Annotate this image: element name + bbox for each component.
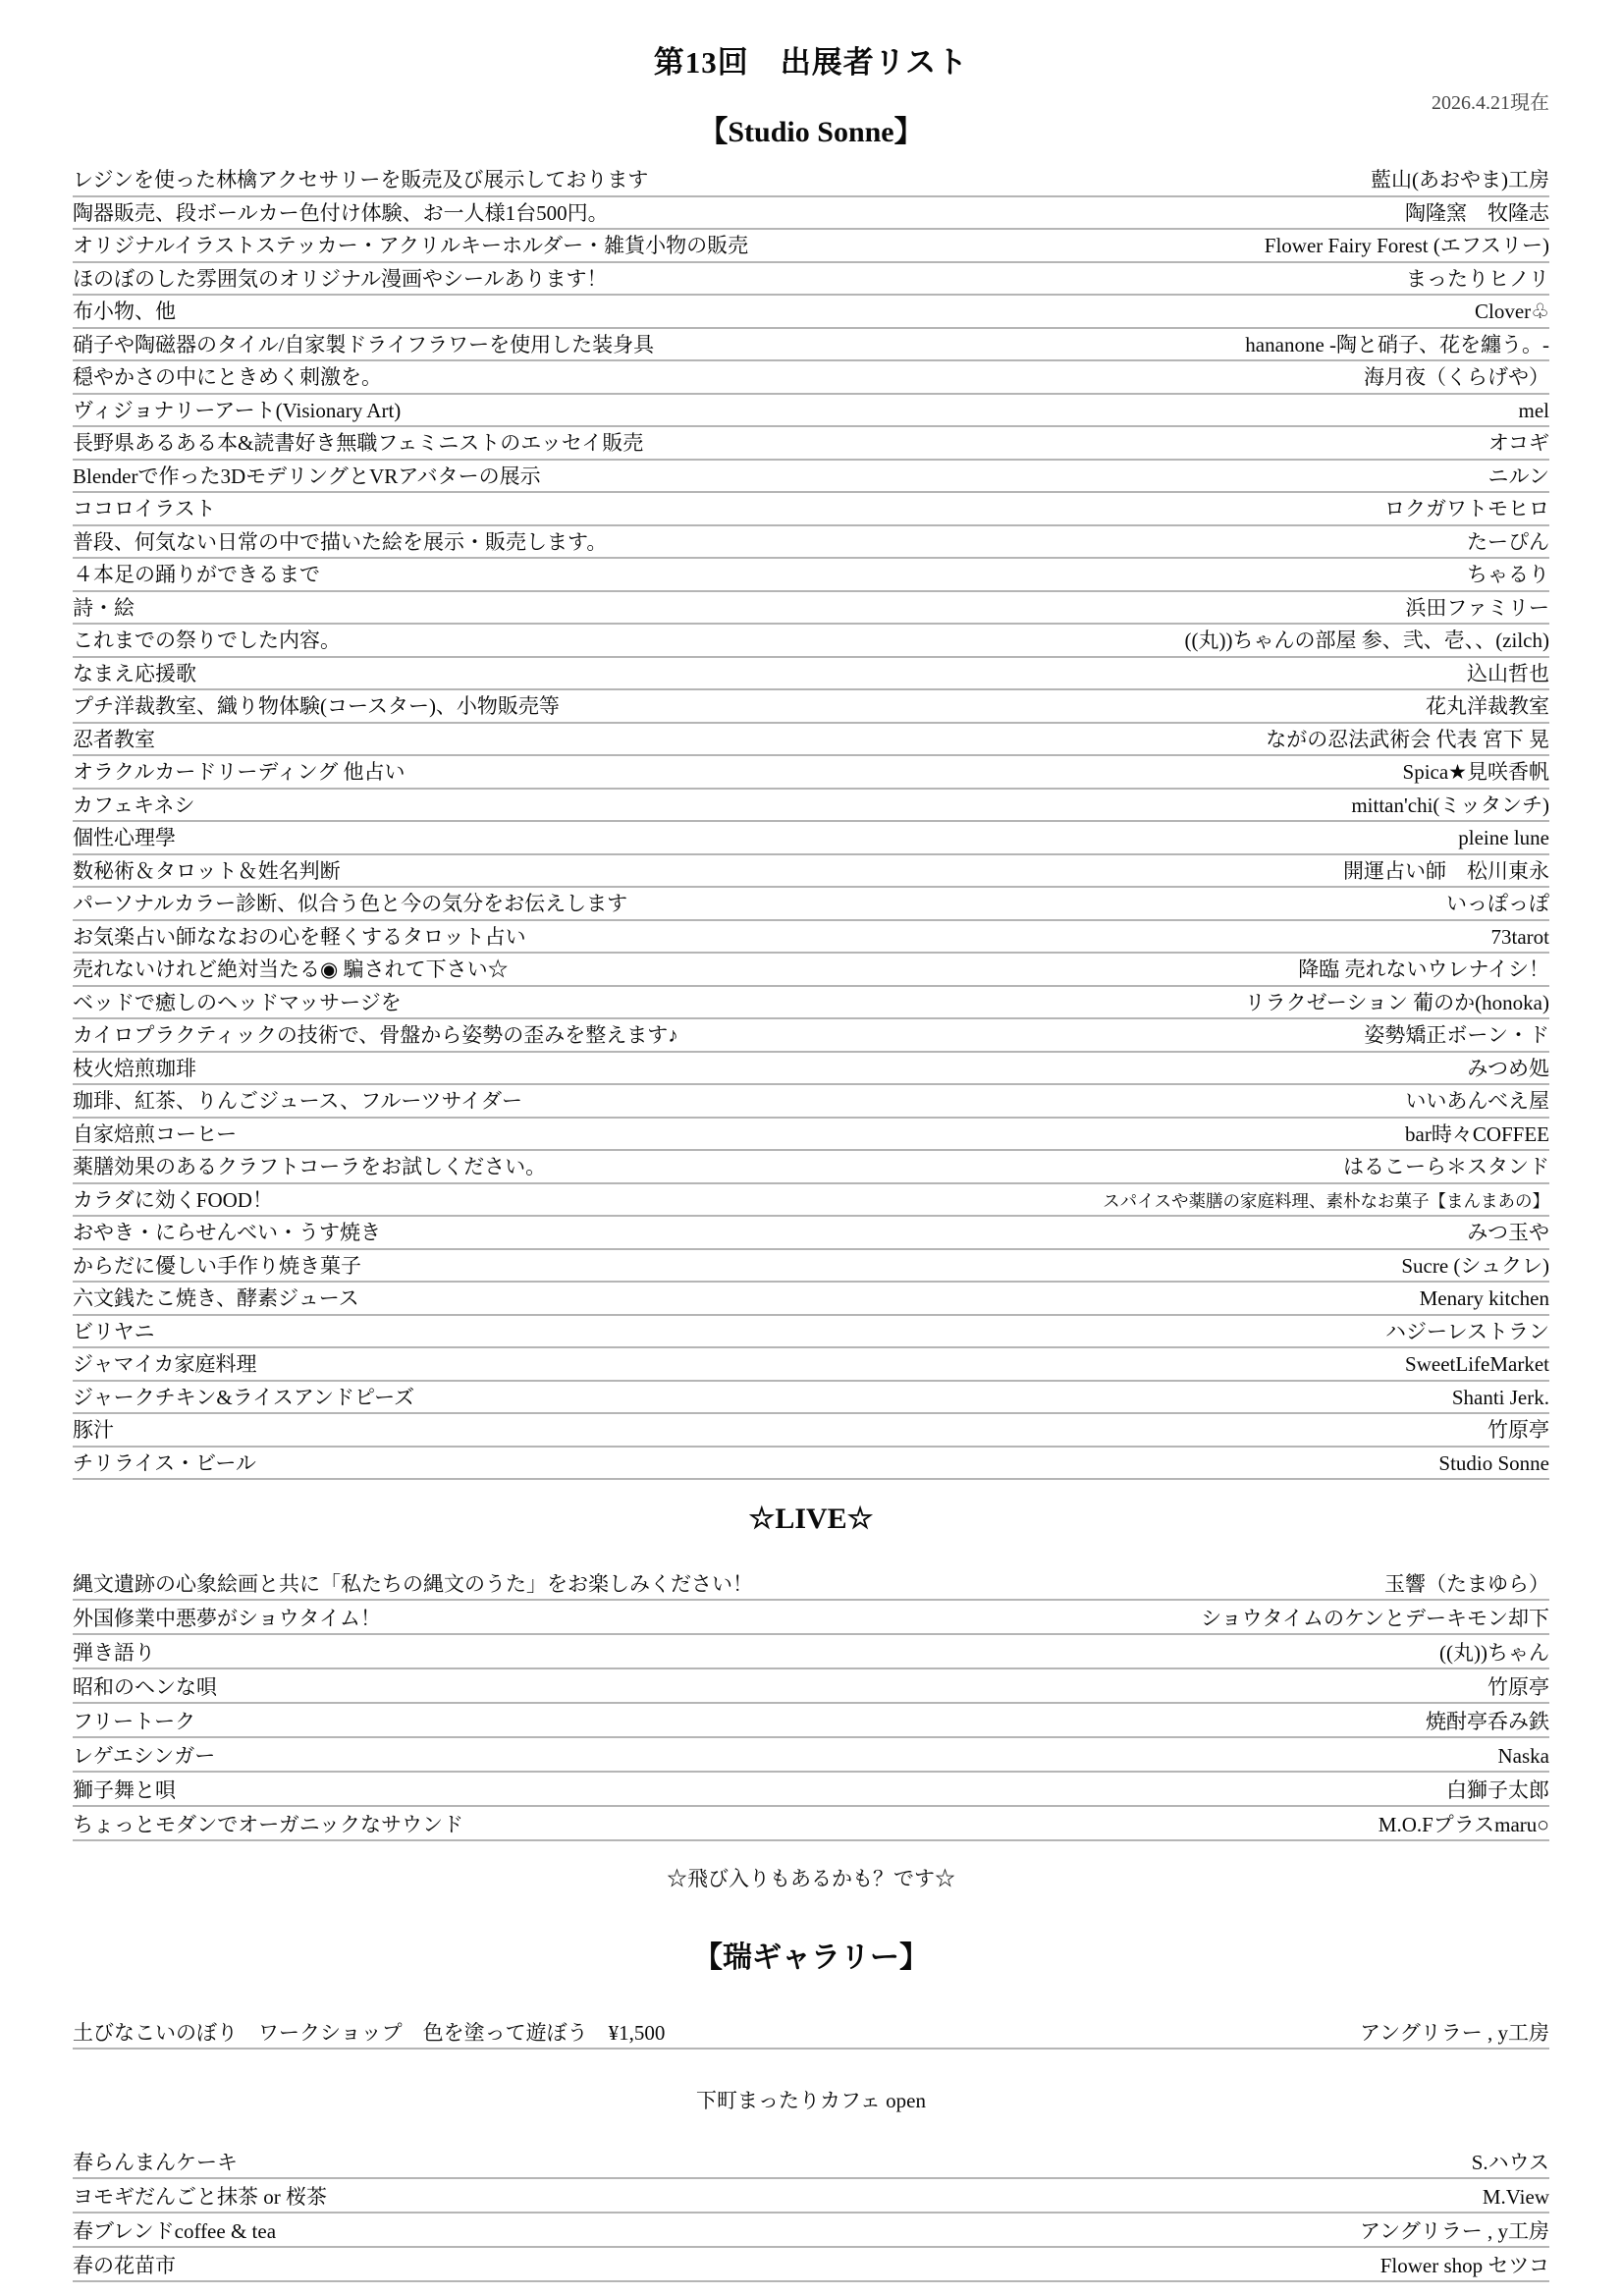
list-item: 枝火焙煎珈琲みつめ処 bbox=[73, 1053, 1549, 1086]
list-item: レゲエシンガーNaska bbox=[73, 1738, 1549, 1773]
exhibit-description: 豚汁 bbox=[73, 1417, 114, 1443]
exhibitor-name: いっぽっぽ bbox=[1446, 891, 1549, 916]
list-item: Blenderで作った3DモデリングとVRアバターの展示ニルン bbox=[73, 461, 1549, 494]
exhibitor-name: M.View bbox=[1483, 2184, 1549, 2210]
exhibitor-name: SweetLifeMarket bbox=[1405, 1351, 1549, 1377]
list-item: パーソナルカラー診断、似合う色と今の気分をお伝えしますいっぽっぽ bbox=[73, 888, 1549, 921]
exhibit-description: ビリヤニ bbox=[73, 1319, 155, 1344]
exhibit-description: 縄文遺跡の心象絵画と共に「私たちの縄文のうた」をお楽しみください！ bbox=[73, 1571, 753, 1597]
list-item: プチ洋裁教室、織り物体験(コースター)、小物販売等花丸洋裁教室 bbox=[73, 690, 1549, 724]
exhibitor-list-page: 第13回 出展者リスト 2026.4.21現在 【Studio Sonne】 レ… bbox=[0, 0, 1622, 2282]
exhibitor-name: mittan'chi(ミッタンチ) bbox=[1351, 793, 1549, 818]
list-item: 忍者教室ながの忍法武術会 代表 宮下 晃 bbox=[73, 724, 1549, 757]
list-item: 普段、何気ない日常の中で描いた絵を展示・販売します。たーぴん bbox=[73, 526, 1549, 560]
list-item: 春の花苗市Flower shop セツコ bbox=[73, 2248, 1549, 2282]
section-heading-mizu-gallery: 【瑞ギャラリー】 bbox=[73, 1941, 1549, 1976]
list-item: オラクルカードリーディング 他占いSpica★見咲香帆 bbox=[73, 756, 1549, 790]
list-item: レジンを使った林檎アクセサリーを販売及び展示しております藍山(あおやま)工房 bbox=[73, 164, 1549, 197]
exhibitor-name: ショウタイムのケンとデーキモン却下 bbox=[1201, 1606, 1549, 1631]
exhibit-description: 春らんまんケーキ bbox=[73, 2150, 238, 2175]
exhibit-description: 獅子舞と唄 bbox=[73, 1777, 176, 1803]
exhibitor-name: Sucre (シュクレ) bbox=[1401, 1253, 1549, 1279]
exhibitor-name: はるこーら＊スタンド bbox=[1343, 1154, 1549, 1179]
exhibitor-name: ((丸))ちゃんの部屋 参、弐、壱、、(zilch) bbox=[1184, 628, 1549, 653]
list-item: 外国修業中悪夢がショウタイム！ショウタイムのケンとデーキモン却下 bbox=[73, 1601, 1549, 1635]
list-item: 硝子や陶磁器のタイル/自家製ドライフラワーを使用した装身具hananone -陶… bbox=[73, 329, 1549, 362]
gallery-workshop-list: 土びなこいのぼり ワークショップ 色を塗って遊ぼう ¥1,500アングリラー ,… bbox=[73, 2015, 1549, 2050]
exhibit-description: ジャマイカ家庭料理 bbox=[73, 1351, 257, 1377]
list-item: ジャマイカ家庭料理SweetLifeMarket bbox=[73, 1348, 1549, 1382]
exhibitor-name: S.ハウス bbox=[1472, 2150, 1549, 2175]
exhibitor-name: ちゃるり bbox=[1467, 562, 1549, 587]
date-note: 2026.4.21現在 bbox=[73, 93, 1549, 113]
list-item: 売れないけれど絶対当たる◉ 騙されて下さい☆降臨 売れないウレナイシ！ bbox=[73, 954, 1549, 987]
exhibit-description: レゲエシンガー bbox=[73, 1743, 215, 1769]
exhibitor-name: みつ玉や bbox=[1467, 1220, 1549, 1245]
exhibit-description: パーソナルカラー診断、似合う色と今の気分をお伝えします bbox=[73, 891, 627, 916]
exhibit-description: オラクルカードリーディング 他占い bbox=[73, 759, 405, 785]
exhibit-description: ココロイラスト bbox=[73, 496, 216, 521]
exhibit-description: レジンを使った林檎アクセサリーを販売及び展示しております bbox=[73, 167, 648, 192]
exhibit-description: ヨモギだんごと抹茶 or 桜茶 bbox=[73, 2184, 327, 2210]
exhibit-description: ベッドで癒しのヘッドマッサージを bbox=[73, 990, 402, 1015]
list-item: ヴィジョナリーアート(Visionary Art)mel bbox=[73, 395, 1549, 428]
exhibit-description: 弾き語り bbox=[73, 1640, 155, 1666]
exhibit-description: プチ洋裁教室、織り物体験(コースター)、小物販売等 bbox=[73, 693, 560, 719]
exhibitor-name: ながの忍法武術会 代表 宮下 晃 bbox=[1266, 727, 1549, 752]
list-item: 陶器販売、段ボールカー色付け体験、お一人様1台500円。陶隆窯 牧隆志 bbox=[73, 197, 1549, 231]
exhibit-description: ４本足の踊りができるまで bbox=[73, 562, 320, 587]
list-item: カラダに効くFOOD！スパイスや薬膳の家庭料理、素朴なお菓子【まんまあの】 bbox=[73, 1184, 1549, 1218]
list-item: 自家焙煎コーヒーbar時々COFFEE bbox=[73, 1119, 1549, 1152]
list-item: ヨモギだんごと抹茶 or 桜茶M.View bbox=[73, 2179, 1549, 2214]
list-item: 布小物、他Clover♧ bbox=[73, 296, 1549, 329]
list-item: 弾き語り((丸))ちゃん bbox=[73, 1635, 1549, 1669]
exhibit-description: 長野県あるある本&読書好き無職フェミニストのエッセイ販売 bbox=[73, 430, 643, 456]
exhibit-description: 普段、何気ない日常の中で描いた絵を展示・販売します。 bbox=[73, 529, 607, 555]
exhibitor-name: Naska bbox=[1498, 1743, 1549, 1769]
exhibitor-name: 陶隆窯 牧隆志 bbox=[1405, 200, 1549, 226]
list-item: 春ブレンドcoffee & teaアングリラー , y工房 bbox=[73, 2214, 1549, 2248]
exhibitor-name: Spica★見咲香帆 bbox=[1403, 759, 1549, 785]
exhibitor-name: Clover♧ bbox=[1475, 299, 1549, 324]
exhibitor-name: 花丸洋裁教室 bbox=[1426, 693, 1549, 719]
list-item: 六文銭たこ焼き、酵素ジュースMenary kitchen bbox=[73, 1283, 1549, 1316]
exhibit-description: 忍者教室 bbox=[73, 727, 155, 752]
list-item: 詩・絵浜田ファミリー bbox=[73, 592, 1549, 626]
section-heading-live: ☆LIVE☆ bbox=[73, 1502, 1549, 1537]
exhibit-description: Blenderで作った3DモデリングとVRアバターの展示 bbox=[73, 464, 541, 489]
exhibitor-name: 姿勢矯正ボーン・ド bbox=[1364, 1022, 1549, 1048]
exhibit-description: 春の花苗市 bbox=[73, 2253, 176, 2278]
exhibit-description: 陶器販売、段ボールカー色付け体験、お一人様1台500円。 bbox=[73, 200, 609, 226]
section-heading-studio-sonne: 【Studio Sonne】 bbox=[73, 115, 1549, 150]
exhibit-description: ちょっとモダンでオーガニックなサウンド bbox=[73, 1812, 463, 1837]
exhibit-description: 六文銭たこ焼き、酵素ジュース bbox=[73, 1285, 359, 1311]
list-item: ４本足の踊りができるまでちゃるり bbox=[73, 559, 1549, 592]
exhibitor-name: スパイスや薬膳の家庭料理、素朴なお菓子【まんまあの】 bbox=[1103, 1191, 1549, 1213]
list-item: ちょっとモダンでオーガニックなサウンドM.O.Fプラスmaru○ bbox=[73, 1807, 1549, 1841]
list-item: ココロイラストロクガワトモヒロ bbox=[73, 493, 1549, 526]
exhibit-description: からだに優しい手作り焼き菓子 bbox=[73, 1253, 361, 1279]
list-item: なまえ応援歌込山哲也 bbox=[73, 658, 1549, 691]
exhibit-description: 詩・絵 bbox=[73, 595, 135, 621]
exhibit-description: カラダに効くFOOD！ bbox=[73, 1187, 273, 1213]
exhibitor-name: 竹原亭 bbox=[1487, 1674, 1549, 1700]
exhibit-description: ジャークチキン&ライスアンドピーズ bbox=[73, 1385, 414, 1410]
list-item: ほのぼのした雰囲気のオリジナル漫画やシールあります！まったりヒノリ bbox=[73, 263, 1549, 297]
list-item: 穏やかさの中にときめく刺激を。海月夜（くらげや） bbox=[73, 361, 1549, 395]
exhibitor-name: 込山哲也 bbox=[1467, 661, 1549, 686]
exhibitor-name: bar時々COFFEE bbox=[1405, 1121, 1549, 1147]
gallery-cafe-list: 春らんまんケーキS.ハウスヨモギだんごと抹茶 or 桜茶M.View春ブレンドc… bbox=[73, 2145, 1549, 2282]
exhibitor-name: アングリラー , y工房 bbox=[1360, 2020, 1549, 2046]
exhibitor-name: リラクゼーション 葡のか(honoka) bbox=[1245, 990, 1549, 1015]
exhibitor-name: Flower shop セツコ bbox=[1380, 2253, 1549, 2278]
exhibit-description: 硝子や陶磁器のタイル/自家製ドライフラワーを使用した装身具 bbox=[73, 332, 654, 357]
exhibit-description: オリジナルイラストステッカー・アクリルキーホルダー・雑貨小物の販売 bbox=[73, 233, 748, 258]
exhibit-description: 売れないけれど絶対当たる◉ 騙されて下さい☆ bbox=[73, 957, 509, 982]
exhibit-description: 自家焙煎コーヒー bbox=[73, 1121, 237, 1147]
page-title: 第13回 出展者リスト bbox=[73, 37, 1549, 82]
list-item: これまでの祭りでした内容。((丸))ちゃんの部屋 参、弐、壱、、(zilch) bbox=[73, 625, 1549, 658]
list-item: 珈琲、紅茶、りんごジュース、フルーツサイダーいいあんべえ屋 bbox=[73, 1085, 1549, 1119]
exhibitor-name: ハジーレストラン bbox=[1385, 1319, 1549, 1344]
list-item: チリライス・ビールStudio Sonne bbox=[73, 1448, 1549, 1481]
exhibitor-name: アングリラー , y工房 bbox=[1360, 2218, 1549, 2244]
exhibitor-name: いいあんべえ屋 bbox=[1405, 1088, 1549, 1114]
exhibitor-name: Menary kitchen bbox=[1420, 1285, 1549, 1311]
list-item: カフェキネシmittan'chi(ミッタンチ) bbox=[73, 790, 1549, 823]
exhibit-description: 個性心理學 bbox=[73, 825, 176, 850]
exhibitor-name: 白獅子太郎 bbox=[1446, 1777, 1549, 1803]
exhibit-description: カフェキネシ bbox=[73, 793, 195, 818]
exhibitor-name: 焼酎亭呑み鉄 bbox=[1426, 1709, 1549, 1734]
exhibitor-name: hananone -陶と硝子、花を纏う。- bbox=[1245, 332, 1549, 357]
list-item: 獅子舞と唄白獅子太郎 bbox=[73, 1773, 1549, 1807]
exhibit-description: これまでの祭りでした内容。 bbox=[73, 628, 341, 653]
exhibit-description: フリートーク bbox=[73, 1709, 195, 1734]
exhibit-description: 枝火焙煎珈琲 bbox=[73, 1056, 196, 1081]
exhibit-description: カイロプラクティックの技術で、骨盤から姿勢の歪みを整えます♪ bbox=[73, 1022, 678, 1048]
exhibit-description: 外国修業中悪夢がショウタイム！ bbox=[73, 1606, 381, 1631]
list-item: 個性心理學pleine lune bbox=[73, 822, 1549, 855]
exhibitor-name: 竹原亭 bbox=[1487, 1417, 1549, 1443]
exhibit-description: 薬膳効果のあるクラフトコーラをお試しください。 bbox=[73, 1154, 546, 1179]
exhibitor-name: まったりヒノリ bbox=[1406, 266, 1549, 292]
exhibit-description: なまえ応援歌 bbox=[73, 661, 196, 686]
studio-sonne-exhibitor-list: レジンを使った林檎アクセサリーを販売及び展示しております藍山(あおやま)工房陶器… bbox=[73, 164, 1549, 1480]
list-item: お気楽占い師ななおの心を軽くするタロット占い73tarot bbox=[73, 921, 1549, 955]
exhibitor-name: オコギ bbox=[1488, 430, 1549, 456]
exhibitor-name: たーぴん bbox=[1467, 529, 1549, 555]
exhibit-description: チリライス・ビール bbox=[73, 1450, 256, 1476]
list-item: ジャークチキン&ライスアンドピーズShanti Jerk. bbox=[73, 1382, 1549, 1415]
exhibitor-name: 海月夜（くらげや） bbox=[1364, 364, 1549, 390]
exhibitor-name: 降臨 売れないウレナイシ！ bbox=[1298, 957, 1549, 982]
list-item: 春らんまんケーキS.ハウス bbox=[73, 2145, 1549, 2179]
exhibit-description: お気楽占い師ななおの心を軽くするタロット占い bbox=[73, 924, 526, 950]
live-performer-list: 縄文遺跡の心象絵画と共に「私たちの縄文のうた」をお楽しみください！玉響（たまゆら… bbox=[73, 1566, 1549, 1841]
exhibitor-name: 浜田ファミリー bbox=[1405, 595, 1549, 621]
list-item: 数秘術＆タロット＆姓名判断開運占い師 松川東永 bbox=[73, 855, 1549, 889]
list-item: 豚汁竹原亭 bbox=[73, 1414, 1549, 1448]
exhibitor-name: ニルン bbox=[1488, 464, 1549, 489]
exhibitor-name: Flower Fairy Forest (エフスリー) bbox=[1265, 233, 1549, 258]
exhibitor-name: pleine lune bbox=[1458, 825, 1549, 850]
exhibitor-name: mel bbox=[1519, 398, 1550, 423]
exhibitor-name: Shanti Jerk. bbox=[1452, 1385, 1549, 1410]
exhibit-description: 布小物、他 bbox=[73, 299, 176, 324]
list-item: 薬膳効果のあるクラフトコーラをお試しください。はるこーら＊スタンド bbox=[73, 1151, 1549, 1184]
list-item: からだに優しい手作り焼き菓子Sucre (シュクレ) bbox=[73, 1250, 1549, 1284]
exhibit-description: 珈琲、紅茶、りんごジュース、フルーツサイダー bbox=[73, 1088, 522, 1114]
exhibit-description: ヴィジョナリーアート(Visionary Art) bbox=[73, 398, 401, 423]
exhibitor-name: 玉響（たまゆら） bbox=[1384, 1571, 1549, 1597]
exhibitor-name: ロクガワトモヒロ bbox=[1384, 496, 1549, 521]
list-item: 昭和のヘンな唄竹原亭 bbox=[73, 1669, 1549, 1704]
exhibit-description: 土びなこいのぼり ワークショップ 色を塗って遊ぼう ¥1,500 bbox=[73, 2020, 665, 2046]
exhibit-description: 数秘術＆タロット＆姓名判断 bbox=[73, 858, 341, 884]
cafe-open-note: 下町まったりカフェ open bbox=[73, 2089, 1549, 2113]
list-item: カイロプラクティックの技術で、骨盤から姿勢の歪みを整えます♪姿勢矯正ボーン・ド bbox=[73, 1019, 1549, 1053]
exhibitor-name: 開運占い師 松川東永 bbox=[1343, 858, 1549, 884]
exhibitor-name: 73tarot bbox=[1491, 924, 1549, 950]
list-item: 縄文遺跡の心象絵画と共に「私たちの縄文のうた」をお楽しみください！玉響（たまゆら… bbox=[73, 1566, 1549, 1601]
exhibit-description: おやき・にらせんべい・うす焼き bbox=[73, 1220, 381, 1245]
exhibit-description: ほのぼのした雰囲気のオリジナル漫画やシールあります！ bbox=[73, 266, 608, 292]
list-item: 土びなこいのぼり ワークショップ 色を塗って遊ぼう ¥1,500アングリラー ,… bbox=[73, 2015, 1549, 2050]
list-item: ベッドで癒しのヘッドマッサージをリラクゼーション 葡のか(honoka) bbox=[73, 987, 1549, 1020]
list-item: 長野県あるある本&読書好き無職フェミニストのエッセイ販売オコギ bbox=[73, 427, 1549, 461]
exhibitor-name: M.O.Fプラスmaru○ bbox=[1379, 1812, 1549, 1837]
list-item: フリートーク焼酎亭呑み鉄 bbox=[73, 1704, 1549, 1738]
live-dropin-note: ☆飛び入りもあるかも？です☆ bbox=[73, 1867, 1549, 1891]
exhibit-description: 穏やかさの中にときめく刺激を。 bbox=[73, 364, 382, 390]
exhibitor-name: 藍山(あおやま)工房 bbox=[1371, 167, 1549, 192]
exhibitor-name: みつめ処 bbox=[1467, 1056, 1549, 1081]
list-item: おやき・にらせんべい・うす焼きみつ玉や bbox=[73, 1217, 1549, 1250]
exhibitor-name: Studio Sonne bbox=[1438, 1450, 1549, 1476]
exhibit-description: 春ブレンドcoffee & tea bbox=[73, 2218, 276, 2244]
exhibitor-name: ((丸))ちゃん bbox=[1439, 1640, 1549, 1666]
list-item: ビリヤニハジーレストラン bbox=[73, 1316, 1549, 1349]
exhibit-description: 昭和のヘンな唄 bbox=[73, 1674, 217, 1700]
list-item: オリジナルイラストステッカー・アクリルキーホルダー・雑貨小物の販売Flower … bbox=[73, 230, 1549, 263]
